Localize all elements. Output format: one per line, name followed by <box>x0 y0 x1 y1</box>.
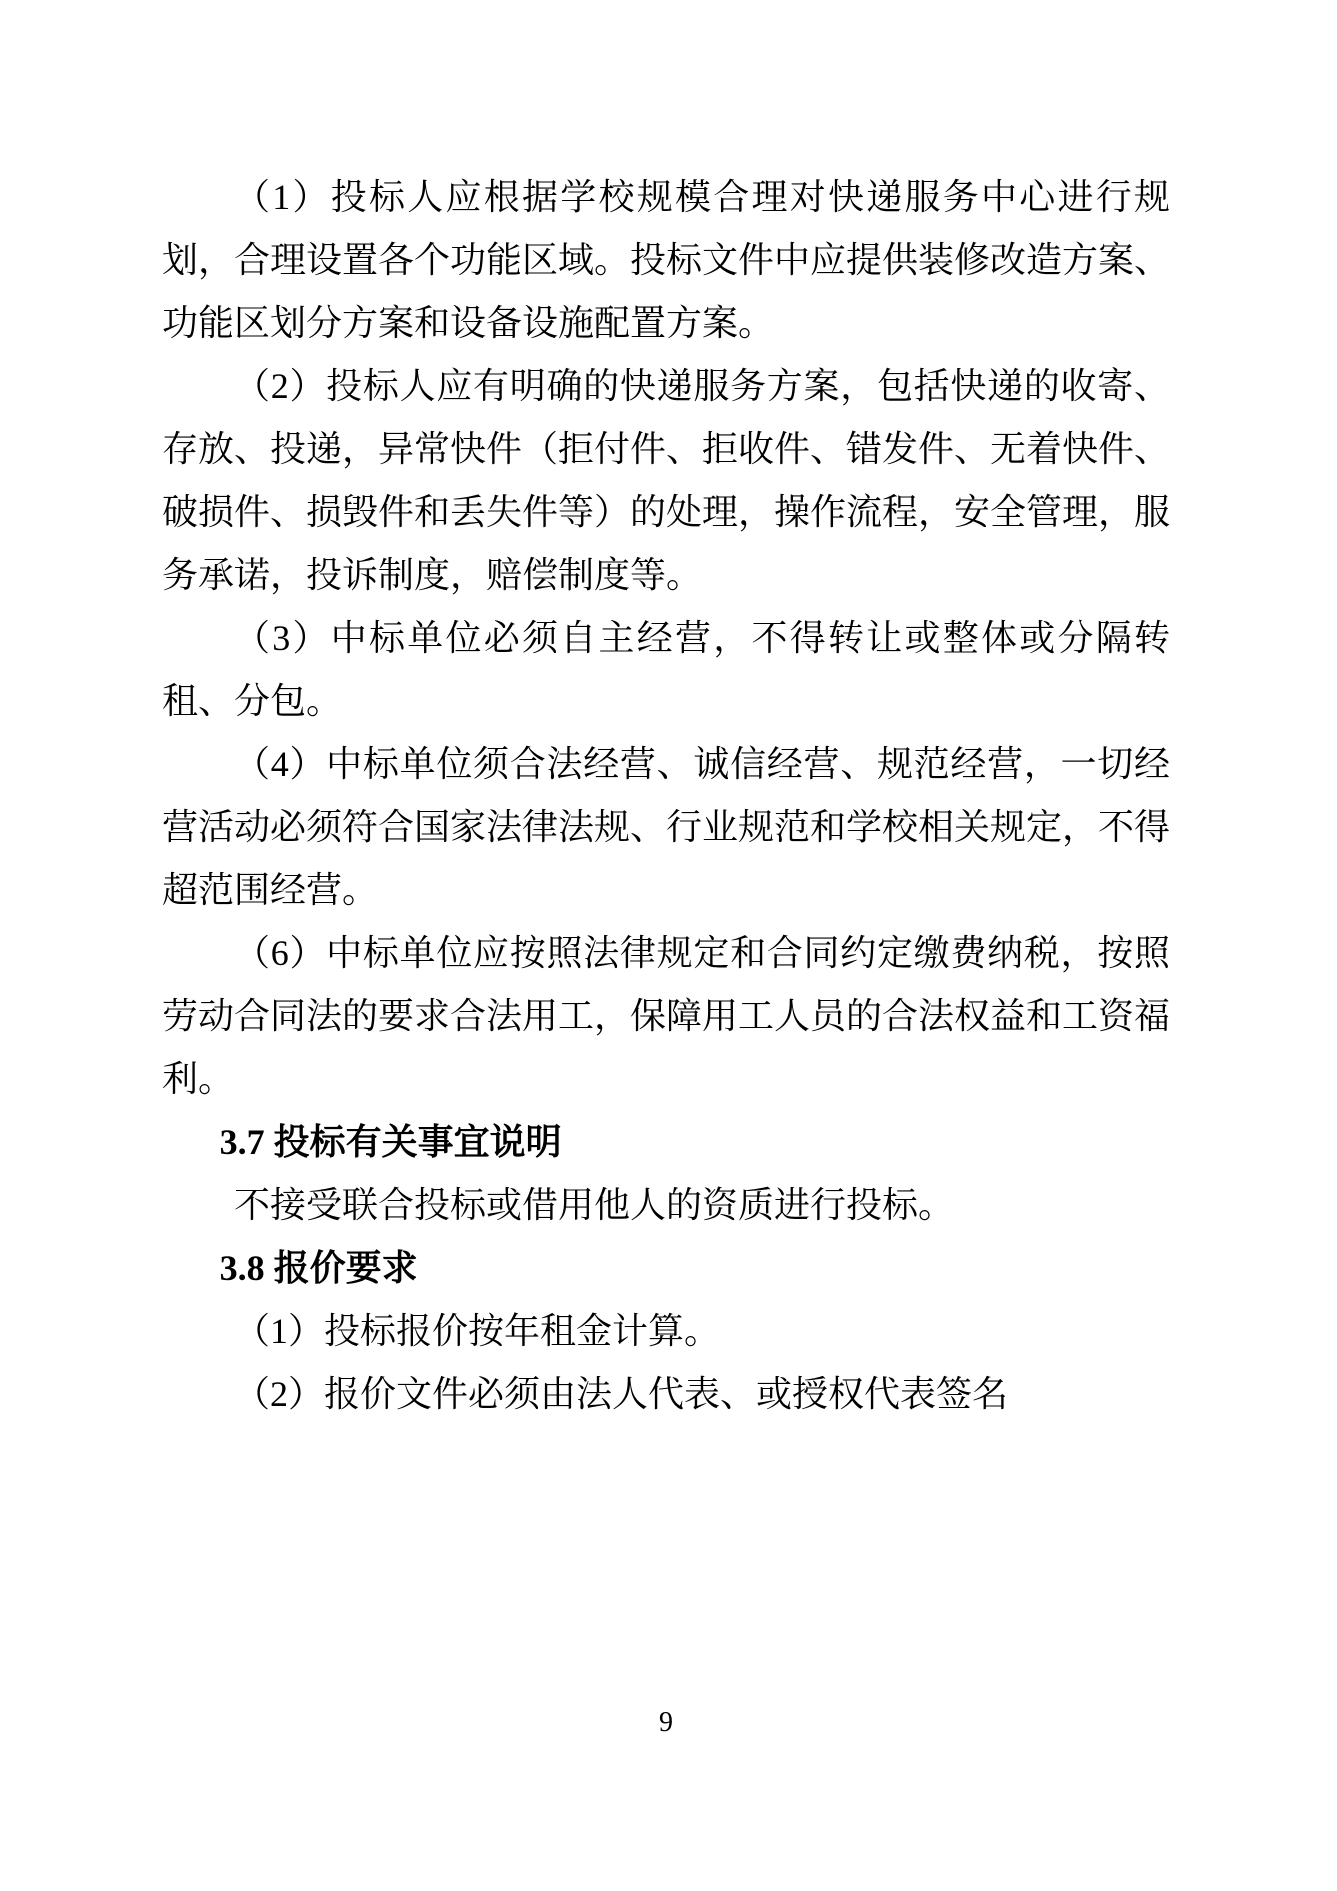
paragraph-1-layout-planning: （1）投标人应根据学校规模合理对快递服务中心进行规划，合理设置各个功能区域。投标… <box>162 166 1170 355</box>
section-heading-3-7: 3.7 投标有关事宜说明 <box>162 1111 1170 1174</box>
paragraph-no-joint-bidding: 不接受联合投标或借用他人的资质进行投标。 <box>162 1174 1170 1237</box>
page-number: 9 <box>659 1707 673 1738</box>
section-heading-3-8: 3.8 报价要求 <box>162 1237 1170 1300</box>
document-page: （1）投标人应根据学校规模合理对快递服务中心进行规划，合理设置各个功能区域。投标… <box>0 0 1337 1891</box>
paragraph-quote-signature: （2）报价文件必须由法人代表、或授权代表签名 <box>162 1363 1170 1426</box>
paragraph-2-service-plan: （2）投标人应有明确的快递服务方案，包括快递的收寄、存放、投递，异常快件（拒付件… <box>162 355 1170 607</box>
paragraph-6-tax-and-labor: （6）中标单位应按照法律规定和合同约定缴费纳税，按照劳动合同法的要求合法用工，保… <box>162 922 1170 1111</box>
page-footer: 9 <box>162 1703 1170 1743</box>
paragraph-3-self-operation: （3）中标单位必须自主经营，不得转让或整体或分隔转租、分包。 <box>162 607 1170 733</box>
document-body: （1）投标人应根据学校规模合理对快递服务中心进行规划，合理设置各个功能区域。投标… <box>162 166 1170 1426</box>
paragraph-quote-annual-rent: （1）投标报价按年租金计算。 <box>162 1300 1170 1363</box>
paragraph-4-lawful-operation: （4）中标单位须合法经营、诚信经营、规范经营，一切经营活动必须符合国家法律法规、… <box>162 733 1170 922</box>
